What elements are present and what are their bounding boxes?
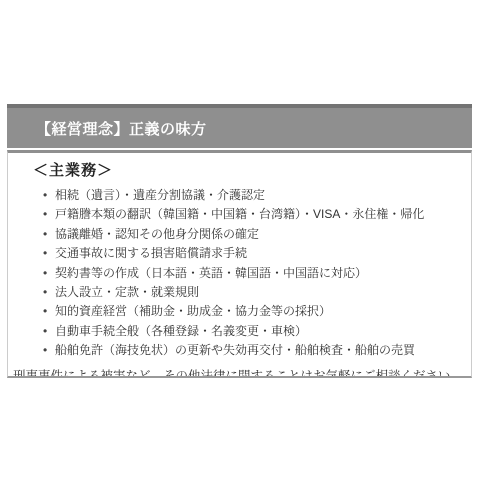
philosophy-title: 【経営理念】正義の味方 [36,118,207,139]
service-item: •法人設立・定款・就業規則 [43,283,465,302]
bullet-icon: • [43,186,47,205]
service-list: •相続（遺言）・遺産分割協議・介護認定 •戸籍謄本類の翻訳（韓国籍・中国籍・台湾… [43,186,465,361]
service-item: •相続（遺言）・遺産分割協議・介護認定 [43,186,465,205]
bullet-icon: • [43,322,47,341]
bullet-icon: • [43,264,47,283]
service-item-label: 契約書等の作成（日本語・英語・韓国語・中国語に対応） [55,266,367,280]
services-heading: ＜主業務＞ [33,159,465,180]
philosophy-header-bar: 【経営理念】正義の味方 [7,104,472,148]
consultation-note: 刑事事件による被害など、その他法律に関することはお気軽にご相談ください。 [13,368,465,378]
service-item-label: 自動車手続全般（各種登録・名義変更・車検） [55,324,307,338]
service-item: •船舶免許（海技免状）の更新や失効再交付・船舶検査・船舶の売買 [43,341,465,360]
bullet-icon: • [43,283,47,302]
service-item-label: 船舶免許（海技免状）の更新や失効再交付・船舶検査・船舶の売買 [55,343,415,357]
service-item-label: 協議離婚・認知その他身分関係の確定 [55,227,259,241]
service-item-label: 戸籍謄本類の翻訳（韓国籍・中国籍・台湾籍）・VISA・永住権・帰化 [55,207,424,221]
service-item-label: 知的資産経営（補助金・助成金・協力金等の採択） [55,304,331,318]
service-item: •知的資産経営（補助金・助成金・協力金等の採択） [43,302,465,321]
bullet-icon: • [43,302,47,321]
service-item: •協議離婚・認知その他身分関係の確定 [43,225,465,244]
service-item: •戸籍謄本類の翻訳（韓国籍・中国籍・台湾籍）・VISA・永住権・帰化 [43,205,465,224]
service-item-label: 法人設立・定款・就業規則 [55,285,199,299]
service-item: •自動車手続全般（各種登録・名義変更・車検） [43,322,465,341]
service-item-label: 交通事故に関する損害賠償請求手続 [55,246,247,260]
main-services-box: ＜主業務＞ •相続（遺言）・遺産分割協議・介護認定 •戸籍謄本類の翻訳（韓国籍・… [7,150,472,378]
bullet-icon: • [43,341,47,360]
bullet-icon: • [43,244,47,263]
bullet-icon: • [43,225,47,244]
service-item: •交通事故に関する損害賠償請求手続 [43,244,465,263]
service-item: •契約書等の作成（日本語・英語・韓国語・中国語に対応） [43,264,465,283]
service-item-label: 相続（遺言）・遺産分割協議・介護認定 [55,188,265,202]
bullet-icon: • [43,205,47,224]
